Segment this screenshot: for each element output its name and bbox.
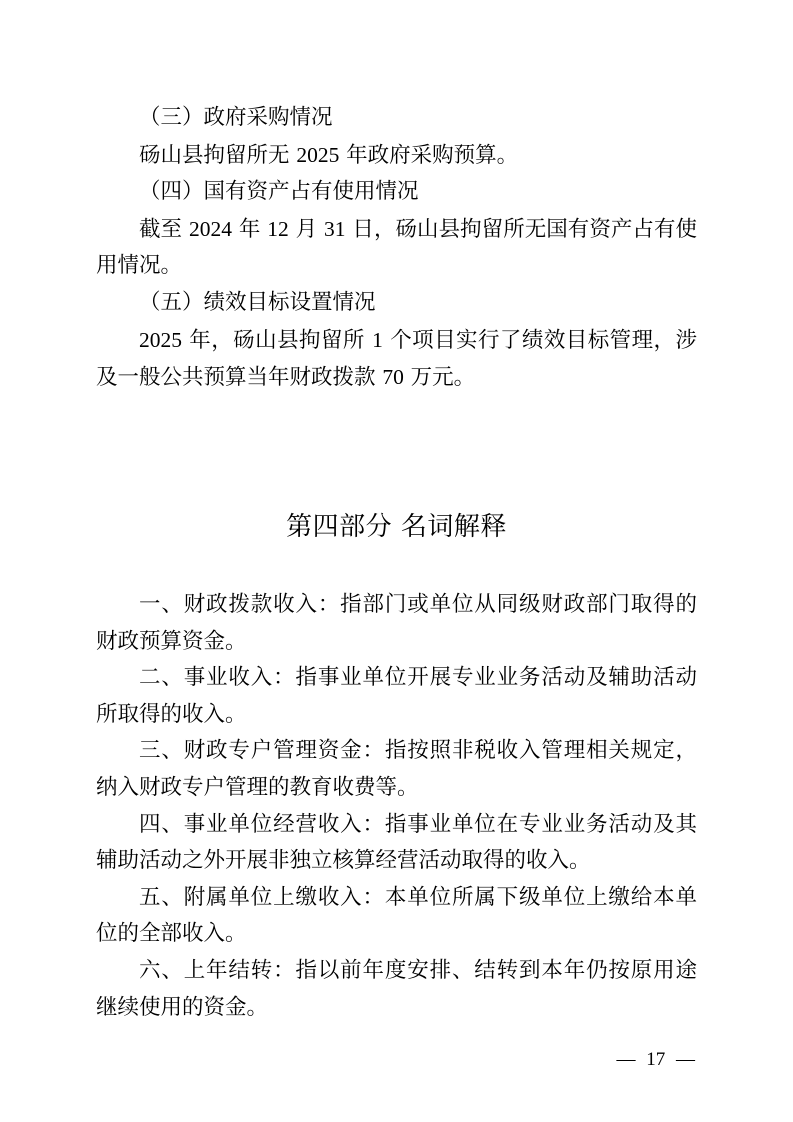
glossary-item-subordinate-unit-remitted-income: 五、附属单位上缴收入：本单位所属下级单位上缴给本单位的全部收入。 [96,880,697,953]
glossary-item-business-income: 二、事业收入：指事业单位开展专业业务活动及辅助活动所取得的收入。 [96,660,697,733]
budget-info-section: （三）政府采购情况 砀山县拘留所无 2025 年政府采购预算。 （四）国有资产占… [96,100,697,397]
glossary-item-carryover-from-previous-year: 六、上年结转：指以前年度安排、结转到本年仍按原用途继续使用的资金。 [96,953,697,1026]
para-state-assets: 截至 2024 年 12 月 31 日，砀山县拘留所无国有资产占有使用情况。 [96,211,697,285]
heading-gov-procurement: （三）政府采购情况 [96,100,697,137]
glossary-section: 一、财政拨款收入：指部门或单位从同级财政部门取得的财政预算资金。 二、事业收入：… [96,587,697,1026]
glossary-item-operating-income: 四、事业单位经营收入：指事业单位在专业业务活动及其辅助活动之外开展非独立核算经营… [96,807,697,880]
glossary-item-fiscal-special-account-funds: 三、财政专户管理资金：指按照非税收入管理相关规定，纳入财政专户管理的教育收费等。 [96,733,697,806]
para-gov-procurement: 砀山县拘留所无 2025 年政府采购预算。 [96,137,697,175]
page-number: — 17 — [617,1048,696,1072]
para-performance-targets: 2025 年，砀山县拘留所 1 个项目实行了绩效目标管理，涉及一般公共预算当年财… [96,322,697,397]
document-page: （三）政府采购情况 砀山县拘留所无 2025 年政府采购预算。 （四）国有资产占… [0,0,793,1122]
glossary-item-fiscal-appropriation-income: 一、财政拨款收入：指部门或单位从同级财政部门取得的财政预算资金。 [96,587,697,660]
heading-state-assets: （四）国有资产占有使用情况 [96,174,697,211]
part-four-title: 第四部分 名词解释 [96,507,697,547]
heading-performance-targets: （五）绩效目标设置情况 [96,285,697,322]
